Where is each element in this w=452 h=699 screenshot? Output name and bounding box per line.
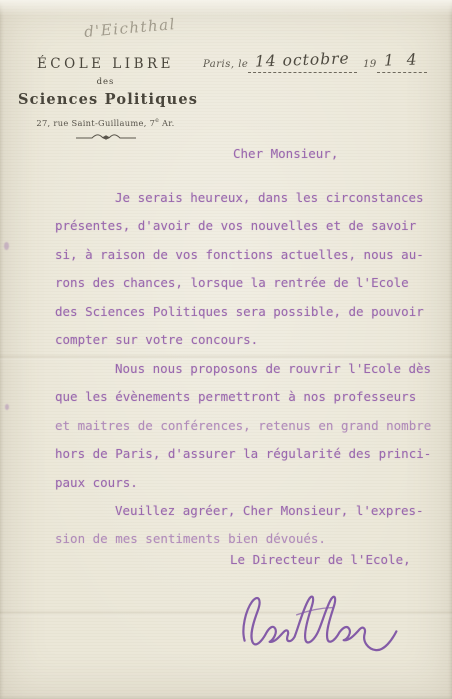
letter-body: Je serais heureux, dans les circonstance… <box>55 184 447 554</box>
body-line: si, à raison de vos fonctions actuelles,… <box>55 241 447 269</box>
body-line: sion de mes sentiments bien dévoués. <box>55 525 447 553</box>
body-line: paux cours. <box>55 469 447 497</box>
body-line: Je serais heureux, dans les circonstance… <box>55 184 447 212</box>
body-line: que les évènements permettront à nos pro… <box>55 383 447 411</box>
body-line: Nous nous proposons de rouvrir l'Ecole d… <box>55 355 447 383</box>
ink-smudge <box>4 242 9 250</box>
flourish-ornament <box>75 132 137 143</box>
dateline: Paris, le 14 octobre 19 1 4 <box>203 52 448 73</box>
closing-line: Le Directeur de l'Ecole, <box>230 552 411 567</box>
salutation: Cher Monsieur, <box>233 146 338 161</box>
body-line: Veuillez agréer, Cher Monsieur, l'expres… <box>55 497 447 525</box>
body-line: compter sur votre concours. <box>55 326 447 354</box>
body-line: présentes, d'avoir de vos nouvelles et d… <box>55 212 447 240</box>
pencil-note: d'Eichthal <box>83 15 176 41</box>
body-line: et maitres de conférences, retenus en gr… <box>55 412 447 440</box>
letterhead-address: 27, rue Saint-Guillaume, 7e Ar. <box>18 117 193 128</box>
letterhead-address-text: 27, rue Saint-Guillaume, 7 <box>36 118 155 128</box>
letter-page: d'Eichthal ÉCOLE LIBRE des Sciences Poli… <box>0 0 452 699</box>
dateline-handwritten-year: 1 4 <box>383 50 420 69</box>
ink-smudge <box>5 404 9 410</box>
paper-edge-highlight <box>0 0 452 16</box>
dateline-rule: 14 octobre <box>248 52 357 73</box>
body-line: des Sciences Politiques sera possible, d… <box>55 298 447 326</box>
dateline-printed-century: 19 <box>363 59 377 70</box>
body-line: rons des chances, lorsque la rentrée de … <box>55 269 447 297</box>
letterhead-title-line3: Sciences Politiques <box>18 91 193 108</box>
letterhead-address-tail: Ar. <box>159 118 175 128</box>
letterhead: ÉCOLE LIBRE des Sciences Politiques 27, … <box>18 56 193 147</box>
letterhead-title-line2: des <box>18 77 193 87</box>
dateline-year-rule: 1 4 <box>377 52 428 73</box>
body-line: hors de Paris, d'assurer la régularité d… <box>55 440 447 468</box>
signature <box>236 583 406 661</box>
letterhead-title-line1: ÉCOLE LIBRE <box>18 56 193 72</box>
dateline-handwritten-date: 14 octobre <box>255 49 350 70</box>
dateline-printed-prefix: Paris, le <box>203 59 248 70</box>
